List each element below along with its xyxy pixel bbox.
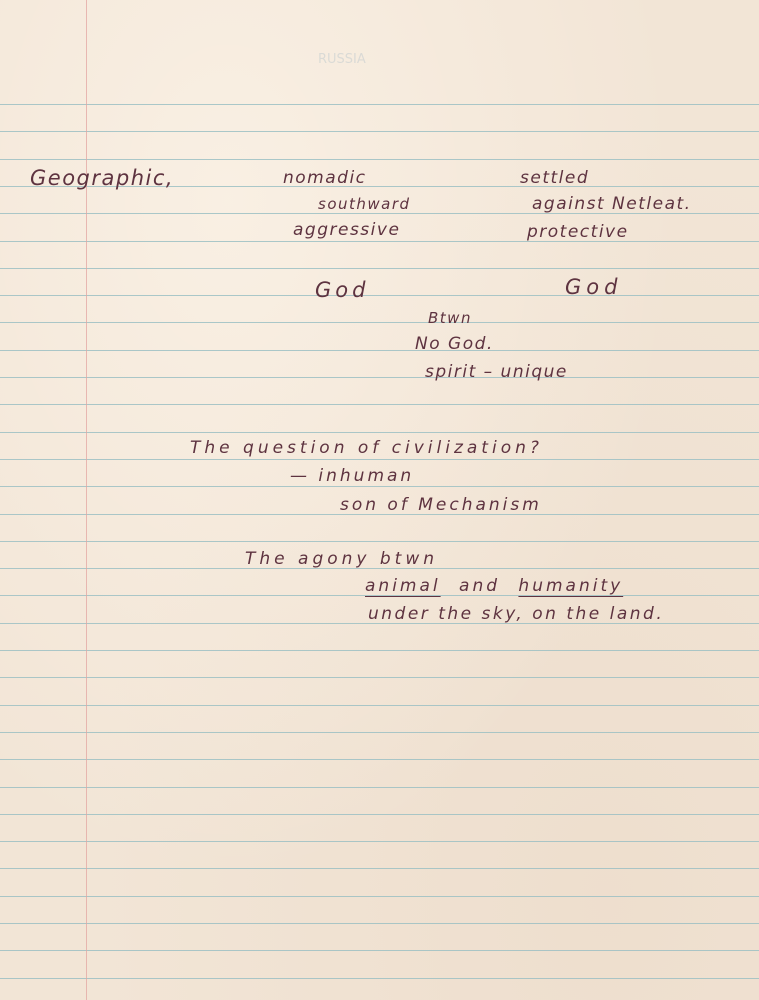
heading-geographic: Geographic, [30,168,174,189]
line-under-the-sky: under the sky, on the land. [368,606,664,623]
word-aggressive: aggressive [293,222,400,239]
line-question-of-civilization: The question of civilization? [190,440,543,457]
line-inhuman: — inhuman [290,468,414,485]
lined-paper: RUSSIA Geographic, nomadic southward agg… [0,0,759,1000]
word-against: against Netleat. [532,196,692,213]
ruled-line [0,322,759,323]
ruled-line [0,841,759,842]
word-settled: settled [520,170,589,187]
ruled-line [0,759,759,760]
ruled-line [0,432,759,433]
ruled-line [0,486,759,487]
word-btwn: Btwn [428,311,472,326]
ruled-line [0,950,759,951]
ruled-line [0,978,759,979]
bleed-through-text: RUSSIA [318,52,366,67]
ruled-line [0,896,759,897]
word-southward: southward [318,197,411,212]
ruled-line [0,650,759,651]
ruled-line [0,541,759,542]
ruled-line [0,350,759,351]
word-animal: animal [365,576,441,596]
ruled-line [0,295,759,296]
line-animal-and-humanity: animal and humanity [365,578,623,595]
ruled-line [0,732,759,733]
ruled-line [0,677,759,678]
ruled-line [0,787,759,788]
line-son-of-mechanism: son of Mechanism [340,497,542,514]
margin-line [86,0,87,1000]
word-protective: protective [527,224,629,241]
ruled-line [0,705,759,706]
ruled-line [0,241,759,242]
line-agony-btwn: The agony btwn [245,551,438,568]
ruled-line [0,268,759,269]
ruled-line [0,923,759,924]
ruled-line [0,104,759,105]
word-no-god: No God. [415,336,494,353]
ruled-line [0,404,759,405]
word-god-left: God [315,280,369,301]
ruled-line [0,377,759,378]
word-humanity: humanity [518,576,623,596]
ruled-line [0,459,759,460]
ruled-line [0,814,759,815]
word-spirit-unique: spirit – unique [425,364,568,381]
ruled-line [0,131,759,132]
ruled-line [0,868,759,869]
word-and: and [459,576,500,596]
ruled-line [0,159,759,160]
word-god-right: God [565,277,622,298]
word-nomadic: nomadic [283,170,367,187]
